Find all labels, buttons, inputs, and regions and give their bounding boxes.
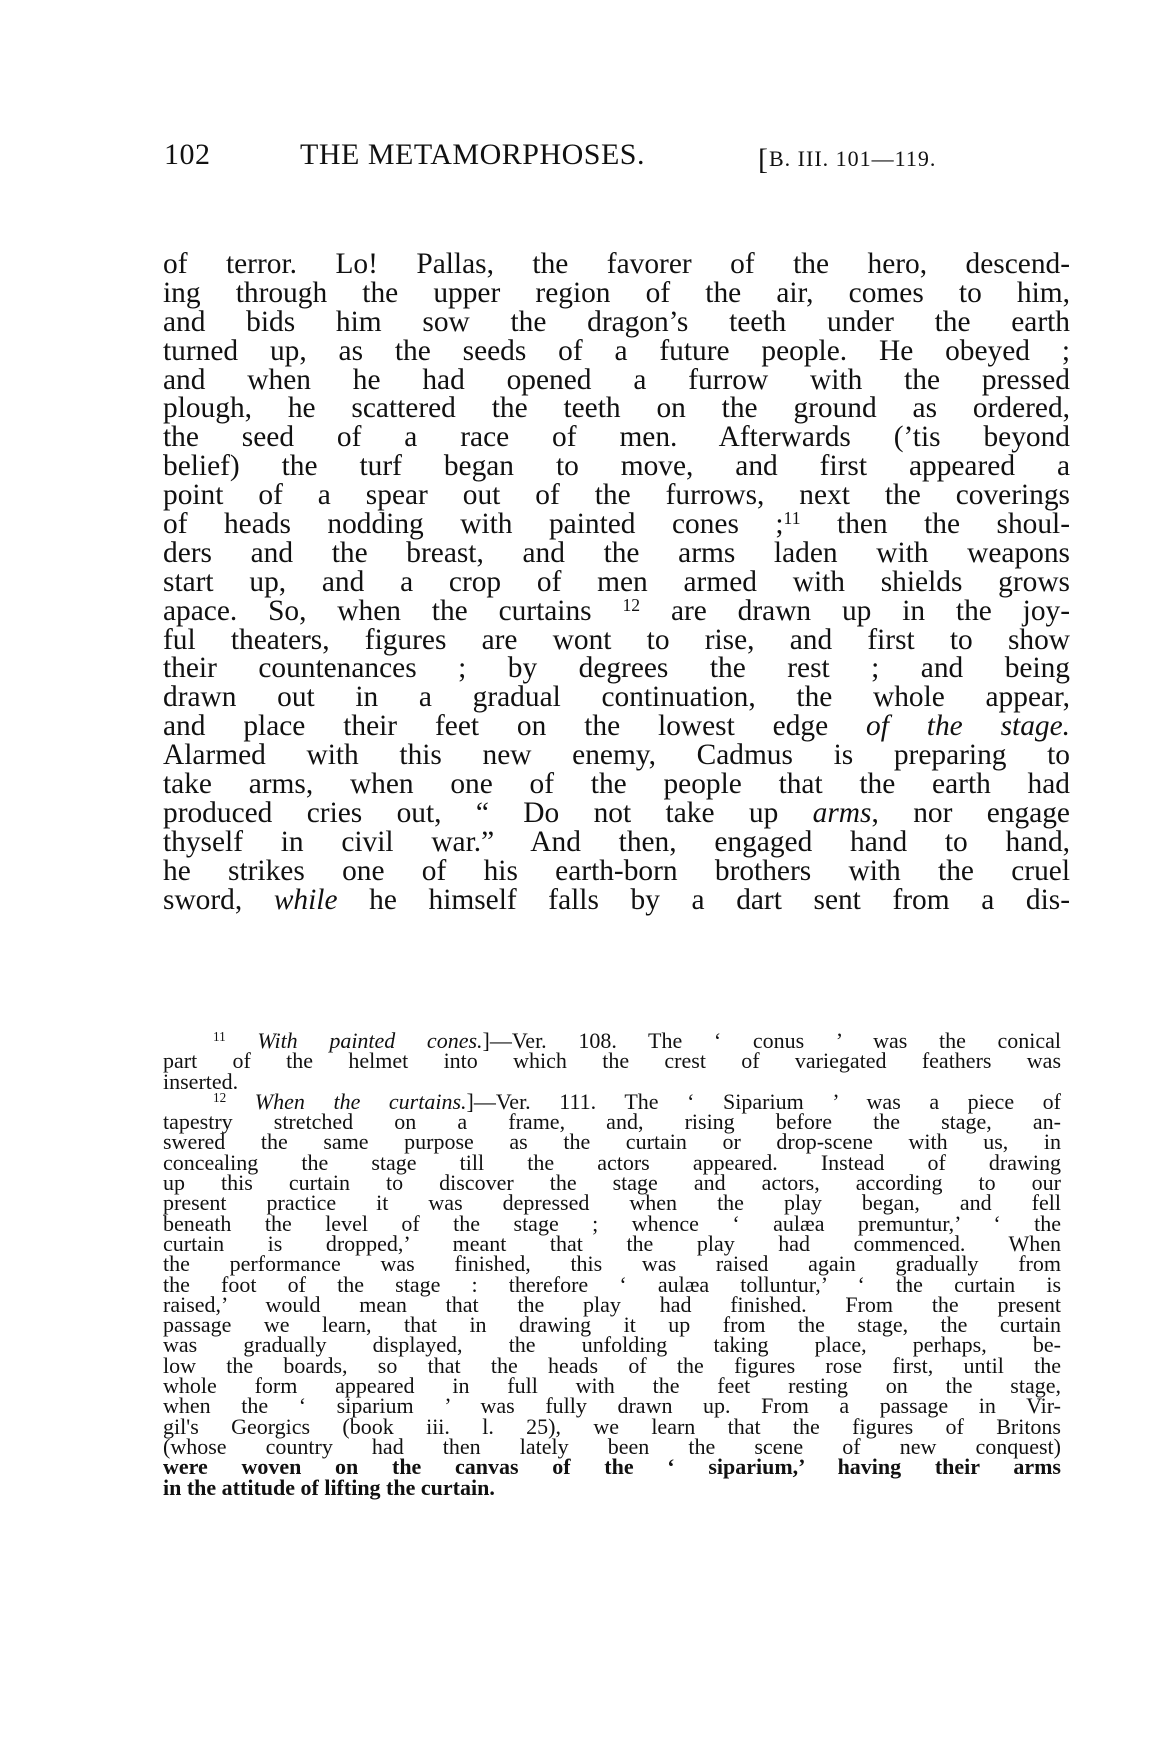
text-segment: of heads nodding with painted cones ; [163,508,784,540]
italic-text: of the stage. [828,710,1070,742]
footnote-ref-11[interactable]: 11 [784,508,801,528]
text-segment: apace. So, when the curtains [163,595,592,627]
text-line: plough, he scattered the teeth on the gr… [163,394,1070,423]
text-line: he strikes one of his earth-born brother… [163,857,1070,886]
text-line: of terror. Lo! Pallas, the favorer of th… [163,250,1070,279]
text-line: belief) the turf began to move, and firs… [163,452,1070,481]
footnote-line: part of the helmet into which the crest … [163,1051,1061,1071]
text-line: and place their feet on the lowest edge … [163,712,1070,741]
text-segment: then the shoul- [801,508,1070,540]
text-line: Alarmed with this new enemy, Cadmus is p… [163,741,1070,770]
text-line: of heads nodding with painted cones ;11 … [163,510,1070,539]
text-line: sword, while he himself falls by a dart … [163,886,1070,915]
text-segment: , nor engage [871,797,1070,829]
text-line: ful theaters, figures are wont to rise, … [163,626,1070,655]
section-reference: [B. III. 101—119. [758,140,936,174]
text-line: apace. So, when the curtains 12 are draw… [163,597,1070,626]
text-segment: he himself falls by a dart sent from a d… [338,884,1070,916]
footnotes: 11 With painted cones.]—Ver. 108. The ‘ … [163,1031,1061,1498]
text-line: drawn out in a gradual continuation, the… [163,683,1070,712]
text-line: turned up, as the seeds of a future peop… [163,337,1070,366]
book-page: 102 THE METAMORPHOSES. [B. III. 101—119.… [0,0,1166,1762]
footnote-number: 12 [213,1090,226,1105]
text-line: ders and the breast, and the arms laden … [163,539,1070,568]
page-number: 102 [164,138,211,172]
text-line: thyself in civil war.” And then, engaged… [163,828,1070,857]
section-bracket: [ [758,143,769,176]
text-line: and bids him sow the dragon’s teeth unde… [163,308,1070,337]
text-line: their countenances ; by degrees the rest… [163,654,1070,683]
text-line: produced cries out, “ Do not take up arm… [163,799,1070,828]
footnote-line: in the attitude of lifting the curtain. [163,1478,1061,1498]
text-segment: produced cries out, “ Do not take up [163,797,778,829]
text-line: and when he had opened a furrow with the… [163,366,1070,395]
footnote-number: 11 [213,1029,226,1044]
text-line: ing through the upper region of the air,… [163,279,1070,308]
text-segment: sword, [163,884,242,916]
text-line: start up, and a crop of men armed with s… [163,568,1070,597]
text-line: point of a spear out of the furrows, nex… [163,481,1070,510]
main-text: of terror. Lo! Pallas, the favorer of th… [163,250,1070,914]
italic-text: while [274,884,338,916]
text-line: the seed of a race of men. Afterwards (’… [163,423,1070,452]
text-segment: are drawn up in the joy- [640,595,1070,627]
footnote-ref-12[interactable]: 12 [622,595,640,615]
running-header: 102 THE METAMORPHOSES. [B. III. 101—119. [164,138,1084,178]
footnote-11: 11 With painted cones.]—Ver. 108. The ‘ … [163,1031,1061,1092]
italic-text: arms [813,797,872,829]
section-range: B. III. 101—119. [769,146,936,171]
footnote-12: 12 When the curtains.]—Ver. 111. The ‘ S… [163,1092,1061,1498]
running-title: THE METAMORPHOSES. [300,138,645,172]
text-segment: and place their feet on the lowest edge [163,710,828,742]
text-line: take arms, when one of the people that t… [163,770,1070,799]
